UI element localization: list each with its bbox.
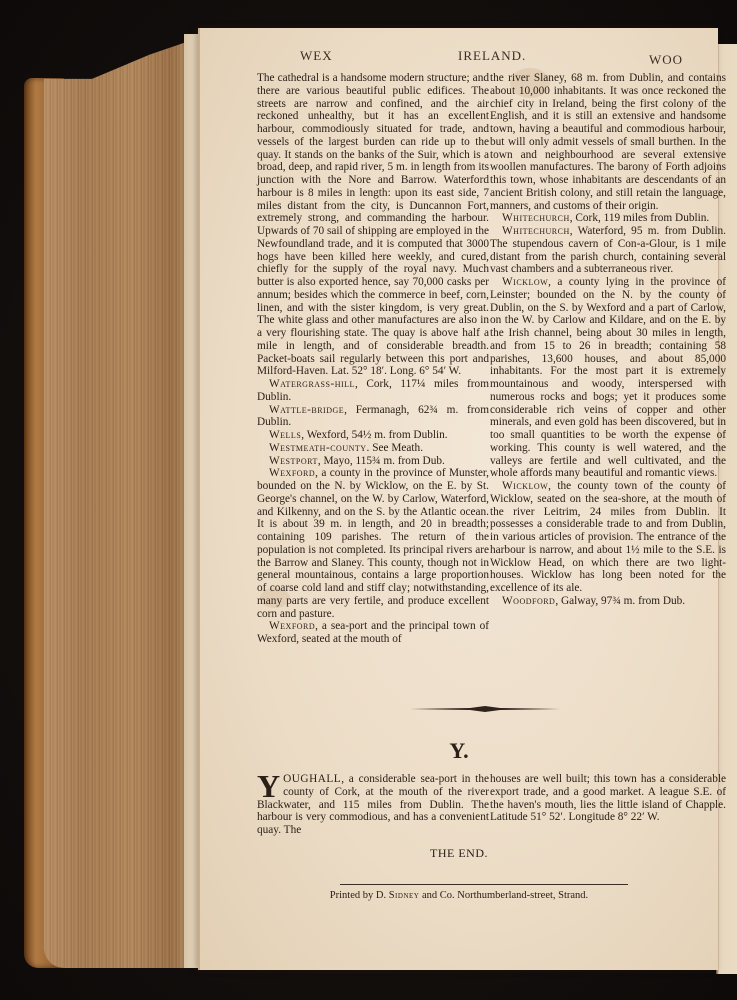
drop-cap: Y	[257, 773, 280, 799]
gazetteer-entry: Wicklow, a county lying in the province …	[490, 276, 726, 480]
entry-head: Whitechurch	[502, 225, 570, 237]
running-head-center: IRELAND.	[458, 48, 526, 64]
entry-head: Wicklow	[502, 276, 548, 288]
entry-head: Wattle-bridge	[269, 404, 344, 416]
continuation-paragraph: the river Slaney, 68 m. from Dublin, and…	[490, 72, 726, 212]
the-end-label: THE END.	[200, 846, 718, 861]
youghall-entry-right: houses are well built; this town has a c…	[490, 773, 726, 824]
entry-head: Woodford	[502, 595, 555, 607]
gazetteer-entry: Whitechurch, Cork, 119 miles from Dublin…	[490, 212, 726, 225]
running-head: WEX IRELAND. WOO	[200, 48, 718, 68]
entry-head: Westmeath-county	[269, 442, 367, 454]
youghall-entry-left: YOUGHALL, a considerable sea-port in the…	[257, 773, 489, 837]
imprint-rule	[340, 884, 628, 885]
gazetteer-entry: Wicklow, the county town of the county o…	[490, 480, 726, 595]
continuation-paragraph: The cathedral is a handsome modern struc…	[257, 72, 489, 378]
entry-head: Wexford	[269, 620, 315, 632]
entry-head: Watergrass-hill	[269, 378, 355, 390]
entry-head: Wicklow	[502, 480, 548, 492]
gazetteer-entry: Whitechurch, Waterford, 95 m. from Dubli…	[490, 225, 726, 276]
entry-head: OUGHALL	[283, 773, 341, 785]
section-letter-heading: Y.	[200, 738, 718, 764]
right-column: the river Slaney, 68 m. from Dublin, and…	[490, 72, 726, 608]
gazetteer-entry: Watergrass-hill, Cork, 117¼ miles from D…	[257, 378, 489, 404]
running-head-left: WEX	[300, 48, 333, 64]
page-block-fore-edge	[44, 36, 204, 968]
printer-imprint: Printed by D. Sidney and Co. Northumberl…	[200, 890, 718, 901]
left-column: The cathedral is a handsome modern struc…	[257, 72, 489, 646]
book-page: WEX IRELAND. WOO The cathedral is a hand…	[198, 28, 718, 970]
entry-head: Wells	[269, 429, 301, 441]
gazetteer-entry: Wexford, a county in the province of Mun…	[257, 467, 489, 620]
gazetteer-entry: Wexford, a sea-port and the principal to…	[257, 620, 489, 646]
gazetteer-entry: Westport, Mayo, 115¾ m. from Dub.	[257, 455, 489, 468]
gazetteer-entry: Westmeath-county. See Meath.	[257, 442, 489, 455]
entry-head: Westport	[269, 455, 318, 467]
entry-head: Whitechurch	[502, 212, 570, 224]
gazetteer-entry: Wattle-bridge, Fermanagh, 62¾ m. from Du…	[257, 404, 489, 430]
entry-head: Wexford	[269, 467, 315, 479]
ornamental-rule-icon	[410, 706, 560, 712]
gazetteer-entry: Wells, Wexford, 54½ m. from Dublin.	[257, 429, 489, 442]
running-head-right: WOO	[649, 52, 683, 68]
gazetteer-entry: Woodford, Galway, 97¾ m. from Dub.	[490, 595, 726, 608]
